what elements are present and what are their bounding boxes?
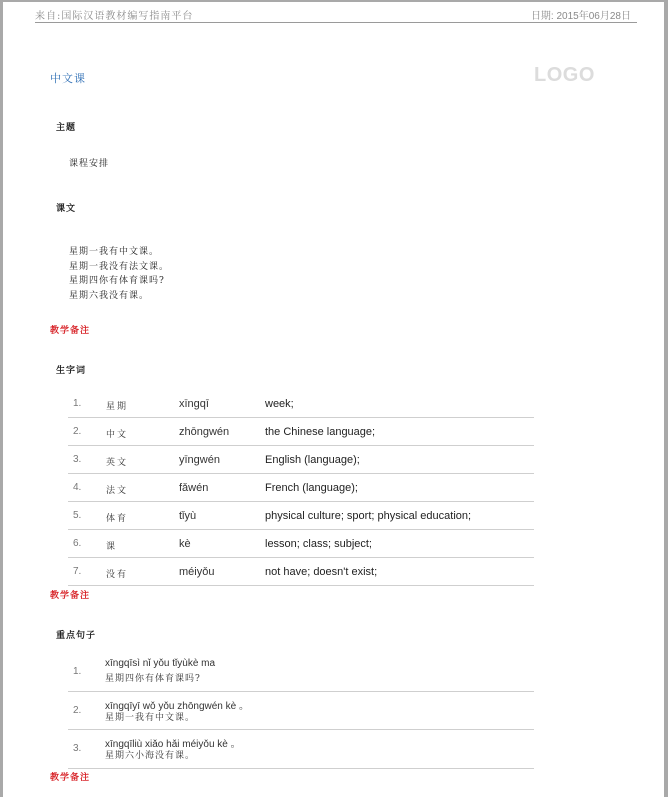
row-hanzi: 星期	[106, 399, 128, 412]
sentence-row: 2. xīngqīyī wǒ yǒu zhōngwén kè 。 星期一我有中文…	[68, 692, 534, 731]
sentence-row: 3. xīngqīliù xiǎo hǎi méiyǒu kè 。 星期六小海没…	[68, 730, 534, 769]
document-page: 来自:国际汉语教材编写指南平台 日期: 2015年06月28日 中文课 LOGO…	[0, 0, 668, 797]
row-hanzi: 体育	[106, 511, 128, 524]
header-date: 日期: 2015年06月28日	[531, 7, 631, 22]
row-pinyin: tǐyù	[179, 510, 196, 522]
table-row: 7. 没有 méiyǒu not have; doesn't exist;	[68, 558, 534, 586]
text-lines: 星期一我有中文课。 星期一我没有法文课。 星期四你有体育课吗? 星期六我没有课。	[69, 245, 169, 303]
row-english: lesson; class; subject;	[265, 538, 372, 550]
row-pinyin: xīngqī	[179, 398, 209, 410]
sentences-table: 1. xīngqīsì nǐ yǒu tǐyùkè ma 星期四你有体育课吗? …	[68, 653, 534, 769]
row-hanzi: 课	[106, 539, 117, 552]
teaching-notes-label: 教学备注	[50, 770, 90, 783]
row-pinyin: fǎwén	[179, 482, 208, 494]
sentence-hanzi: 星期六小海没有课。	[105, 748, 195, 761]
row-number: 6.	[73, 538, 81, 549]
sentence-hanzi: 星期四你有体育课吗?	[105, 671, 201, 684]
row-hanzi: 法文	[106, 483, 128, 496]
vocab-table: 1. 星期 xīngqī week; 2. 中文 zhōngwén the Ch…	[68, 390, 534, 586]
row-english: not have; doesn't exist;	[265, 566, 377, 578]
row-pinyin: méiyǒu	[179, 566, 214, 578]
table-row: 4. 法文 fǎwén French (language);	[68, 474, 534, 502]
header-source: 来自:国际汉语教材编写指南平台	[35, 7, 193, 22]
row-hanzi: 中文	[106, 427, 128, 440]
row-number: 1.	[73, 398, 81, 409]
header-divider	[35, 22, 637, 23]
row-english: the Chinese language;	[265, 426, 375, 438]
row-pinyin: yīngwén	[179, 454, 220, 466]
table-row: 2. 中文 zhōngwén the Chinese language;	[68, 418, 534, 446]
text-heading: 课文	[56, 201, 76, 214]
sentences-heading: 重点句子	[56, 628, 96, 641]
row-number: 3.	[73, 454, 81, 465]
row-hanzi: 没有	[106, 567, 128, 580]
row-number: 2.	[73, 705, 81, 716]
text-line: 星期一我有中文课。	[69, 245, 169, 260]
row-english: week;	[265, 398, 294, 410]
text-line: 星期一我没有法文课。	[69, 260, 169, 275]
table-row: 6. 课 kè lesson; class; subject;	[68, 530, 534, 558]
course-title: 中文课	[50, 70, 86, 86]
row-number: 3.	[73, 743, 81, 754]
logo: LOGO	[534, 64, 595, 87]
theme-heading: 主题	[56, 120, 76, 133]
sentence-pinyin: xīngqīsì nǐ yǒu tǐyùkè ma	[105, 658, 215, 669]
table-row: 1. 星期 xīngqī week;	[68, 390, 534, 418]
row-pinyin: kè	[179, 538, 191, 550]
row-english: English (language);	[265, 454, 360, 466]
vocab-heading: 生字词	[56, 363, 86, 376]
row-number: 5.	[73, 510, 81, 521]
text-line: 星期四你有体育课吗?	[69, 274, 169, 289]
row-english: physical culture; sport; physical educat…	[265, 510, 471, 522]
row-number: 2.	[73, 426, 81, 437]
row-number: 7.	[73, 566, 81, 577]
table-row: 3. 英文 yīngwén English (language);	[68, 446, 534, 474]
row-english: French (language);	[265, 482, 358, 494]
sentence-hanzi: 星期一我有中文课。	[105, 710, 195, 723]
table-row: 5. 体育 tǐyù physical culture; sport; phys…	[68, 502, 534, 530]
row-pinyin: zhōngwén	[179, 426, 229, 438]
teaching-notes-label: 教学备注	[50, 323, 90, 336]
sentence-row: 1. xīngqīsì nǐ yǒu tǐyùkè ma 星期四你有体育课吗?	[68, 653, 534, 692]
row-number: 1.	[73, 666, 81, 677]
theme-content: 课程安排	[69, 156, 109, 169]
row-number: 4.	[73, 482, 81, 493]
text-line: 星期六我没有课。	[69, 289, 169, 304]
row-hanzi: 英文	[106, 455, 128, 468]
teaching-notes-label: 教学备注	[50, 588, 90, 601]
